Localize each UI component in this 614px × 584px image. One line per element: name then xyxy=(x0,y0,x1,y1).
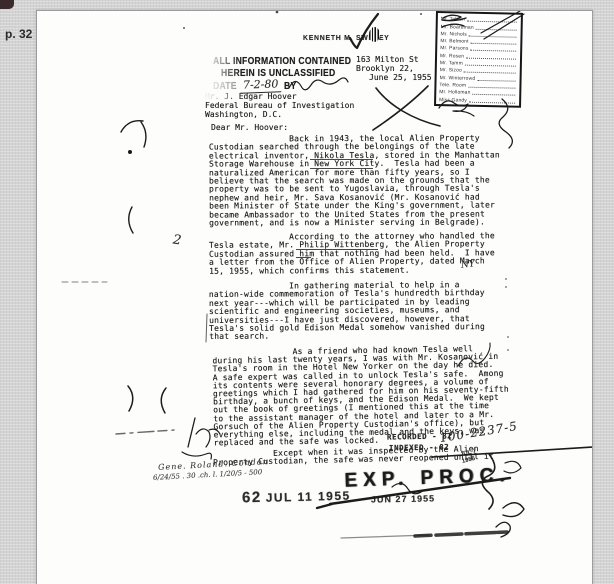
received-date: JUL 11 1955 xyxy=(266,489,351,505)
dotted-line xyxy=(476,25,517,30)
recipient-line3: Washington, D.C. xyxy=(205,111,282,119)
routing-name: Mr. Tolson xyxy=(441,17,465,23)
routing-name: Mr. Parsons xyxy=(440,47,468,53)
margin-vertical-line xyxy=(206,314,207,342)
routing-name: Mr. Winterrowd xyxy=(440,76,476,82)
routing-name: Mr. Sizoo xyxy=(440,68,462,73)
edge-speck xyxy=(276,11,279,13)
declass-by-label: BY xyxy=(284,80,296,92)
margin-smudge-arc xyxy=(129,207,133,233)
routing-name: Mr. Holloman xyxy=(439,90,470,96)
margin-circle-mark xyxy=(136,302,168,330)
declass-date-handwritten: 7-2-80 xyxy=(240,77,282,93)
paren-left-mark xyxy=(161,388,166,413)
declass-signature-mark xyxy=(289,78,348,90)
bottom-smudge-thick xyxy=(415,532,507,536)
x-mark-stroke2 xyxy=(373,86,428,130)
margin-mark-2: 2 xyxy=(172,232,182,248)
routing-row: Miss Gandy xyxy=(439,95,516,104)
margin-swirl-mark xyxy=(182,452,211,459)
window-corner xyxy=(0,0,14,9)
underline-him xyxy=(296,257,311,258)
bottom-smudge-thin xyxy=(341,535,429,538)
dotted-line xyxy=(477,77,515,82)
salutation: Dear Mr. Hoover: xyxy=(211,124,288,132)
jun-date-stamp: JUN 27 1955 xyxy=(371,493,435,504)
routing-name: Miss Gandy xyxy=(439,98,467,104)
page-number-label: p. 32 xyxy=(5,27,32,41)
margin-note-ny: NY xyxy=(461,259,476,270)
speck xyxy=(507,336,509,338)
fbi-routing-stamp: Mr. Tolson Mr. Boardman Mr. Nichols Mr. … xyxy=(434,11,523,108)
dotted-line xyxy=(472,91,515,96)
stamp-roundel-icon xyxy=(369,27,380,42)
scan-fade-overlay xyxy=(193,51,241,99)
right-squiggle-3 xyxy=(496,522,510,537)
routing-name: Mr. Rosen xyxy=(440,54,464,60)
paragraph-3: In gathering material to help in a natio… xyxy=(209,281,485,342)
margin-dot xyxy=(128,150,132,154)
paragraph-1: Back in 1943, the local Alien Property C… xyxy=(209,134,500,227)
margin-arc-2 xyxy=(141,122,146,147)
routing-name: Mr. Belmont xyxy=(440,39,468,45)
document-page[interactable]: KENNETH M. SWEZEY ALL INFORMATION CONTAI… xyxy=(36,10,593,584)
x-mark-stroke1 xyxy=(376,88,440,126)
right-squiggle-2 xyxy=(503,503,524,517)
exp-proc-stamp: EXP. PROC. xyxy=(344,464,511,493)
routing-name: Tele. Room xyxy=(439,83,466,89)
routing-name: Mr. Tamm xyxy=(440,61,463,66)
received-section: 62 xyxy=(242,489,262,507)
underline-new-york-city xyxy=(310,168,373,169)
speck xyxy=(183,27,185,29)
speck xyxy=(420,13,422,15)
margin-slash-mark xyxy=(188,418,195,447)
speck xyxy=(505,278,507,280)
margin-dash-dot-line xyxy=(116,430,174,434)
routing-name: Mr. Nichols xyxy=(440,32,466,38)
letter-date: June 25, 1955 xyxy=(369,74,432,82)
underline-nikola-tesla xyxy=(310,159,373,160)
dotted-line xyxy=(469,98,515,103)
speck xyxy=(505,286,507,288)
paren-right-mark xyxy=(128,386,133,411)
margin-arc-1 xyxy=(121,121,143,132)
paragraph-2: According to the attorney who handled th… xyxy=(209,232,495,276)
routing-name: Mr. Boardman xyxy=(441,25,474,31)
received-date-stamp: 62JUL 11 1955 xyxy=(242,487,351,507)
underline-philip-wittenberg xyxy=(296,249,378,250)
